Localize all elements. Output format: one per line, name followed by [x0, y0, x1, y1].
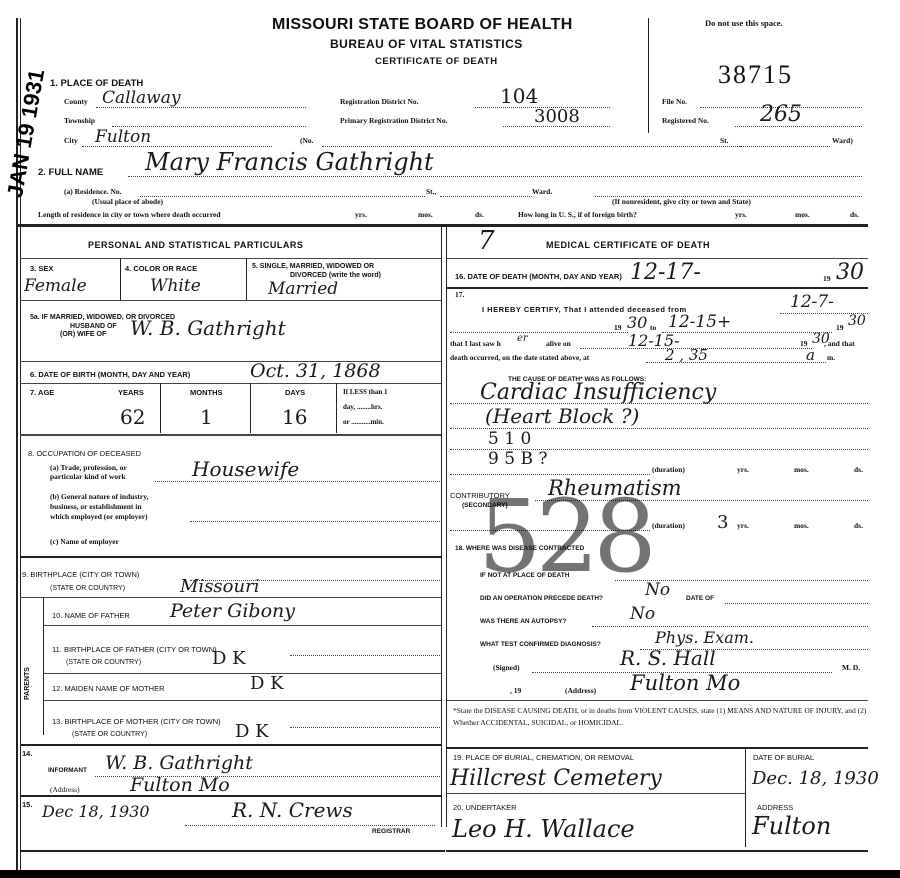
full-name-label: 2. FULL NAME — [38, 167, 103, 178]
father-value: Peter Gibony — [170, 600, 295, 622]
spouse-label-3: (OR) WIFE OF — [60, 331, 106, 338]
informant-address-value: Fulton Mo — [130, 774, 230, 796]
physician-address-label: (Address) — [565, 686, 596, 695]
file-number: 38715 — [718, 60, 793, 90]
death-m-label: m. — [827, 353, 835, 362]
date-of-death-year-prefix: 19 — [823, 274, 831, 283]
right-col-left-border — [446, 227, 447, 827]
marital-label-2: DIVORCED (write the word) — [290, 272, 381, 279]
trade-value: Housewife — [192, 457, 299, 481]
registered-no-value: 265 — [760, 102, 802, 127]
scan-bottom-edge — [0, 870, 900, 878]
trade-line — [155, 481, 440, 482]
physician-address-value: Fulton Mo — [630, 671, 740, 695]
informant-label: INFORMANT — [48, 767, 87, 774]
race-value: White — [150, 276, 201, 296]
header-bottom-rule — [16, 224, 868, 227]
sex-row-rule — [20, 300, 441, 301]
father-row-rule — [43, 625, 441, 626]
industry-line — [190, 521, 440, 522]
date-of-label: DATE OF — [686, 595, 714, 602]
residence-label: (a) Residence. No. — [64, 187, 122, 196]
from-year-value: 30 — [627, 313, 647, 332]
operation-label: DID AN OPERATION PRECEDE DEATH? — [480, 595, 603, 602]
duration-line — [450, 474, 650, 475]
parents-label: PARENTS — [24, 667, 31, 700]
attended-from-year-line — [450, 332, 628, 333]
cause-line-2: (Heart Block ?) — [485, 404, 639, 428]
full-name-value: Mary Francis Gathright — [145, 148, 434, 176]
father-bp-row-rule — [43, 673, 441, 674]
date-of-death-year: 30 — [836, 260, 864, 285]
occupation-label: 8. OCCUPATION OF DECEASED — [28, 449, 141, 458]
autopsy-line — [592, 626, 868, 627]
filed-num: 15. — [22, 800, 32, 809]
mother-row-rule — [43, 700, 441, 701]
length-mos-label: mos. — [418, 210, 433, 219]
ward-label: Ward) — [832, 136, 853, 145]
residence-ward-label: Ward. — [532, 187, 552, 196]
from-year-prefix: 19 — [614, 323, 622, 332]
dob-row-rule — [20, 383, 441, 384]
father-birthplace-state-label: (STATE OR COUNTRY) — [66, 659, 141, 666]
residence-sub-label: (Usual place of abode) — [92, 197, 163, 206]
less-than-label-1: If LESS than 1 — [343, 388, 388, 396]
spouse-value: W. B. Gathright — [130, 316, 286, 340]
duration-yrs-label: yrs. — [737, 465, 749, 474]
personal-title-rule — [20, 258, 441, 259]
form-name: CERTIFICATE OF DEATH — [375, 56, 498, 67]
birthplace-value: Missouri — [180, 576, 259, 597]
how-long-us-label: How long in U. S., if of foreign birth? — [518, 210, 637, 219]
undertaker-label: 20. UNDERTAKER — [453, 803, 517, 812]
informant-address-label: (Address) — [50, 785, 80, 794]
informant-value: W. B. Gathright — [105, 752, 253, 774]
file-no-label: File No. — [662, 97, 687, 106]
sex-value: Female — [24, 276, 87, 296]
registrar-line — [185, 825, 435, 826]
birthplace-row-rule — [20, 597, 441, 598]
contrib-yrs-label: yrs. — [737, 521, 749, 530]
death-ampm-value: a — [806, 346, 815, 364]
medical-corner-mark: 7 — [478, 226, 495, 256]
industry-label-2: business, or establishment in — [50, 502, 142, 511]
signed-year-prefix: , 19 — [510, 686, 521, 695]
length-yrs-label: yrs. — [355, 210, 367, 219]
date-of-death-rule — [446, 287, 868, 289]
full-name-line — [128, 176, 862, 177]
trade-label-1: (a) Trade, profession, or — [50, 463, 127, 472]
birthplace-state-label: (STATE OR COUNTRY) — [50, 585, 125, 592]
spouse-label-2: HUSBAND OF — [70, 323, 117, 330]
autopsy-value: No — [630, 604, 655, 624]
father-birthplace-line — [290, 655, 440, 656]
cause-code-1: 5 1 0 — [488, 429, 531, 449]
dob-value: Oct. 31, 1868 — [250, 360, 381, 382]
months-value: 1 — [200, 405, 213, 429]
to-year-value: 30 — [848, 313, 866, 329]
date-of-line — [725, 603, 868, 604]
street-st-label: St. — [720, 136, 729, 145]
less-than-label-3: or ...........min. — [343, 418, 384, 426]
residence-line — [140, 196, 425, 197]
autopsy-label: WAS THERE AN AUTOPSY? — [480, 618, 566, 625]
date-of-death-label: 16. DATE OF DEATH (MONTH, DAY AND YEAR) — [455, 272, 622, 281]
attended-to-line — [662, 332, 832, 333]
industry-label-1: (b) General nature of industry, — [50, 492, 148, 501]
and-that-label: , and that — [824, 339, 855, 348]
signed-label: (Signed) — [493, 663, 520, 672]
filed-date: Dec 18, 1930 — [42, 802, 150, 821]
county-value: Callaway — [102, 88, 180, 108]
length-ds-label: ds. — [475, 210, 484, 219]
bottom-right-rule — [446, 850, 868, 852]
us-ds-label: ds. — [850, 210, 859, 219]
signed-value: R. S. Hall — [620, 646, 716, 670]
informant-row-rule — [20, 795, 441, 797]
contrib-duration-yrs: 3 — [717, 512, 728, 533]
trade-label-2: particular kind of work — [50, 472, 126, 481]
registrar-label: REGISTRAR — [372, 828, 410, 835]
footnote: *State the DISEASE CAUSING DEATH, or in … — [453, 705, 868, 729]
last-saw-label: that I last saw h — [450, 339, 501, 348]
parents-divider — [43, 597, 44, 735]
days-label: DAYS — [285, 388, 305, 397]
race-label: 4. COLOR OR RACE — [125, 264, 197, 273]
city-value: Fulton — [95, 127, 151, 147]
burial-date-value: Dec. 18, 1930 — [752, 768, 879, 789]
sex-label: 3. SEX — [30, 264, 53, 273]
mother-birthplace-label: 13. BIRTHPLACE OF MOTHER (CITY OR TOWN) — [52, 717, 221, 726]
race-divider — [246, 258, 247, 300]
undertaker-value: Leo H. Wallace — [452, 815, 635, 843]
birthplace-label: 9. BIRTHPLACE (CITY OR TOWN) — [22, 570, 139, 579]
occupation-row-rule — [20, 556, 441, 558]
primary-registration-value: 3008 — [534, 106, 580, 127]
test-label: WHAT TEST CONFIRMED DIAGNOSIS? — [480, 641, 601, 648]
burial-rule — [446, 793, 746, 794]
contrib-ds-label: ds. — [854, 521, 863, 530]
do-not-use-note: Do not use this space. — [705, 18, 783, 28]
mother-bp-row-rule — [20, 744, 441, 746]
us-mos-label: mos. — [795, 210, 810, 219]
age-divider-2 — [250, 383, 251, 433]
township-label: Township — [64, 116, 95, 125]
mother-birthplace-value: D K — [235, 721, 269, 742]
footnote-rule — [446, 747, 868, 749]
father-birthplace-value: D K — [212, 648, 246, 669]
days-value: 16 — [282, 405, 307, 429]
length-of-residence-label: Length of residence in city or town wher… — [38, 210, 221, 219]
operation-value: No — [645, 580, 670, 600]
duration-label: (duration) — [652, 465, 685, 474]
header-divider — [648, 18, 649, 133]
received-date-stamp: JAN 19 1931 — [2, 67, 50, 199]
us-yrs-label: yrs. — [735, 210, 747, 219]
not-at-place-label: IF NOT AT PLACE OF DEATH — [480, 572, 569, 579]
age-label: 7. AGE — [30, 388, 54, 397]
father-label: 10. NAME OF FATHER — [52, 611, 130, 620]
street-no-label: (No. — [300, 136, 314, 145]
marital-label: 5. SINGLE, MARRIED, WIDOWED OR — [252, 263, 374, 270]
informant-num: 14. — [22, 749, 32, 758]
left-col-right-border — [441, 227, 442, 827]
contracted-label: 18. WHERE WAS DISEASE CONTRACTED — [455, 545, 584, 552]
marital-value: Married — [268, 279, 338, 299]
bottom-left-rule — [20, 850, 445, 852]
cause-code-2: 9 5 B ? — [488, 449, 547, 469]
certify-num: 17. — [455, 290, 464, 299]
burial-divider — [745, 747, 746, 847]
mother-birthplace-state-label: (STATE OR COUNTRY) — [72, 731, 147, 738]
burial-place-value: Hillcrest Cemetery — [450, 766, 662, 791]
city-label: City — [64, 136, 78, 145]
mother-label: 12. MAIDEN NAME OF MOTHER — [52, 684, 165, 693]
ward-line — [740, 146, 830, 147]
registration-district-label: Registration District No. — [340, 97, 419, 106]
months-label: MONTHS — [190, 388, 223, 397]
mother-birthplace-line — [290, 727, 440, 728]
age-divider-3 — [336, 383, 337, 433]
contrib-duration-label: (duration) — [652, 521, 685, 530]
last-saw-pronoun: er — [517, 333, 528, 344]
residence-ward-line — [440, 196, 532, 197]
father-birthplace-label: 11. BIRTHPLACE OF FATHER (CITY OR TOWN) — [52, 645, 217, 654]
years-value: 62 — [120, 405, 145, 429]
nonresident-note: (If nonresident, give city or town and S… — [612, 197, 751, 206]
residence-st-label: St., — [426, 187, 436, 196]
dob-label: 6. DATE OF BIRTH (MONTH, DAY AND YEAR) — [30, 370, 190, 379]
attended-to-value: 12-15+ — [668, 312, 731, 332]
burial-date-label: DATE OF BURIAL — [753, 753, 814, 762]
industry-label-3: which employed (or employer) — [50, 512, 148, 521]
cause-line-1: Cardiac Insufficiency — [480, 380, 716, 405]
death-time-value: 2 , 35 — [665, 346, 708, 364]
mother-value: D K — [250, 673, 284, 694]
undertaker-address-label: ADDRESS — [757, 803, 793, 812]
attended-from-value: 12-7- — [790, 292, 834, 312]
less-than-label-2: day, ........hrs. — [343, 403, 382, 411]
primary-registration-label: Primary Registration District No. — [340, 116, 447, 125]
duration-mos-label: mos. — [794, 465, 809, 474]
street-line — [322, 146, 740, 147]
document-title: MISSOURI STATE BOARD OF HEALTH — [272, 16, 573, 34]
sex-divider — [120, 258, 121, 300]
years-label: YEARS — [118, 388, 144, 397]
md-label: M. D. — [842, 663, 860, 672]
registrar-value: R. N. Crews — [232, 798, 353, 822]
registered-no-label: Registered No. — [662, 116, 709, 125]
age-divider-1 — [160, 383, 161, 433]
medical-title-rule — [446, 258, 868, 259]
document-subtitle: BUREAU OF VITAL STATISTICS — [330, 37, 523, 51]
certify-text: I HEREBY CERTIFY, That I attended deceas… — [482, 305, 687, 314]
county-label: County — [64, 97, 88, 106]
test-value: Phys. Exam. — [655, 628, 754, 647]
to-year-prefix: 19 — [836, 323, 844, 332]
death-occurred-label: death occurred, on the date stated above… — [450, 353, 589, 362]
age-row-rule — [20, 434, 441, 436]
signature-rule — [446, 700, 868, 701]
personal-section-title: PERSONAL AND STATISTICAL PARTICULARS — [88, 240, 303, 250]
contrib-mos-label: mos. — [794, 521, 809, 530]
burial-place-label: 19. PLACE OF BURIAL, CREMATION, OR REMOV… — [453, 753, 634, 762]
undertaker-address-value: Fulton — [752, 812, 831, 840]
alive-on-label: alive on — [546, 339, 571, 348]
duration-ds-label: ds. — [854, 465, 863, 474]
registration-district-value: 104 — [500, 84, 538, 108]
employer-label: (c) Name of employer — [50, 537, 119, 546]
date-of-death-value: 12-17- — [630, 260, 701, 285]
medical-section-title: MEDICAL CERTIFICATE OF DEATH — [546, 240, 710, 250]
